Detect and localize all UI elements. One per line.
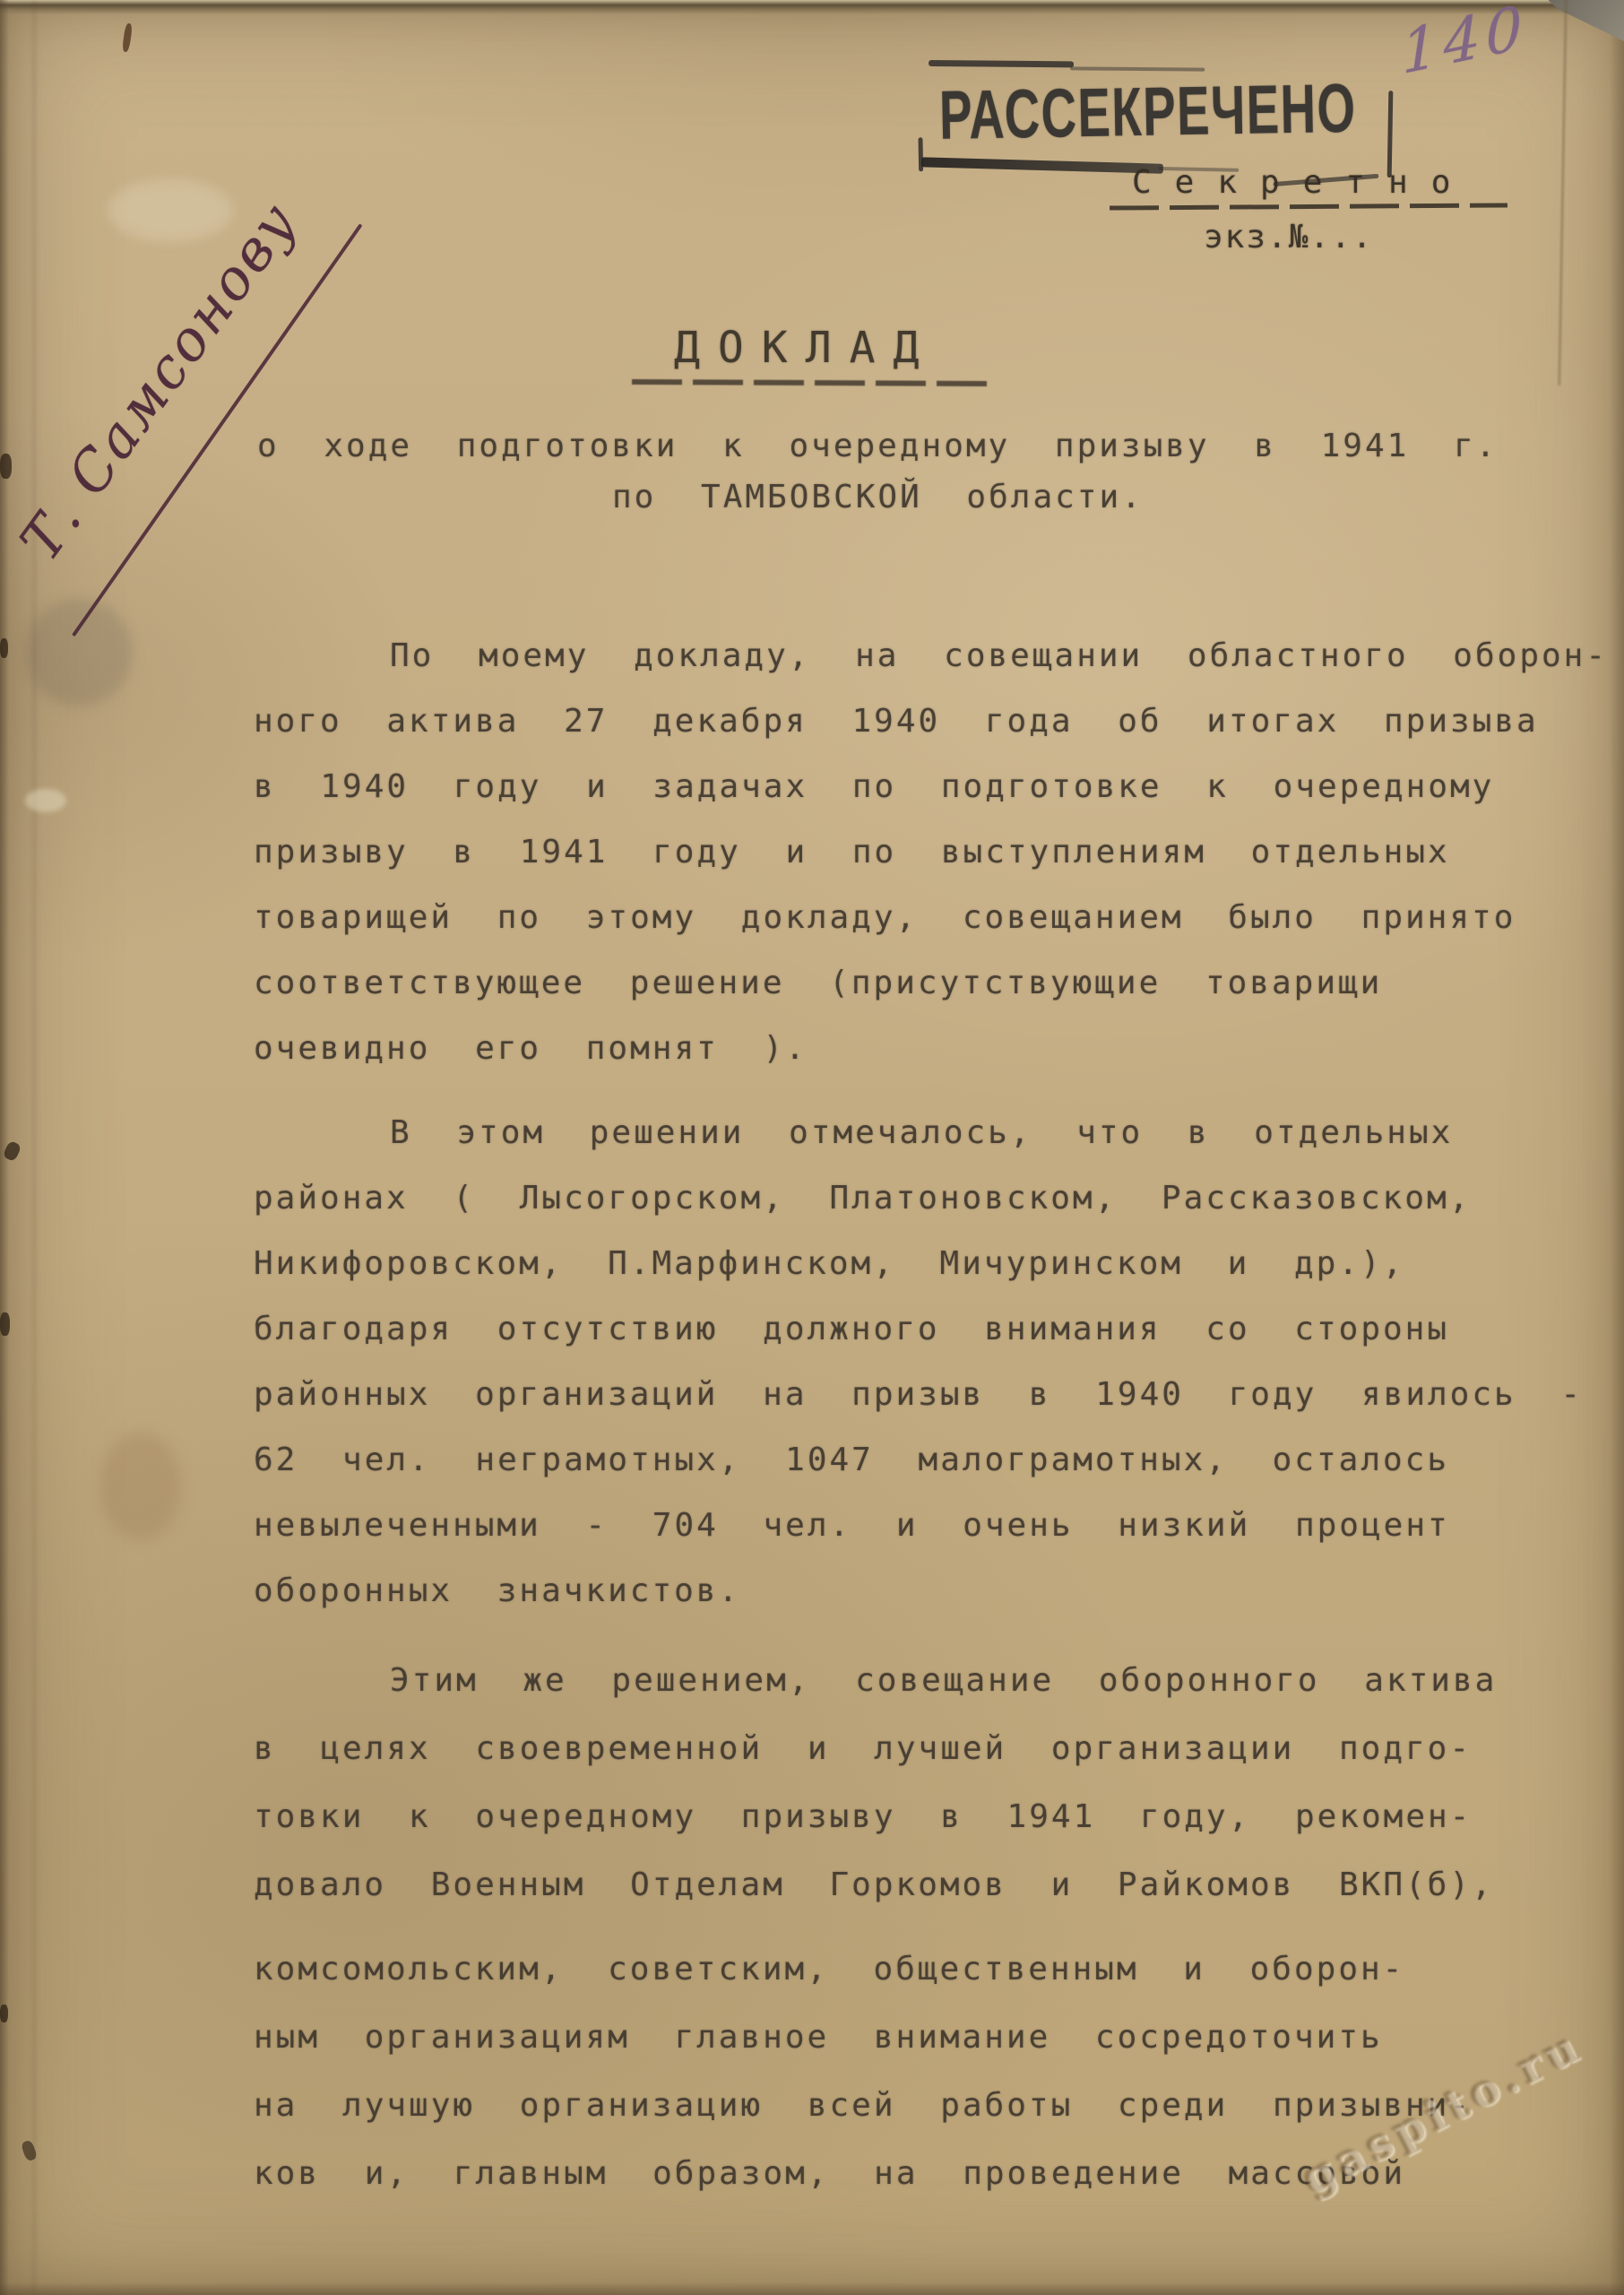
paper-crease-left [32,0,36,2295]
paper-speck [0,2005,8,2022]
text-line: По моему докладу, на совещании областног… [254,623,1608,688]
text-line: ным организациям главное внимание сосред… [254,2004,1497,2072]
paper-scuff [25,789,66,812]
scan-edge-top [0,0,1624,14]
classification-label: Секретно [1132,164,1473,201]
text-line: призыву в 1941 году и по выступлениям от… [254,819,1608,885]
paper-speck [0,638,8,658]
paper-stain [25,599,133,706]
text-line: товарищей по этому докладу, совещанием б… [254,885,1608,950]
scanned-document-page: 140 РАССЕКРЕЧЕНО Секретно экз.№... Т. Са… [0,0,1624,2295]
paper-scuff [108,179,233,242]
body-paragraph-1: По моему докладу, на совещании областног… [254,623,1608,1081]
text-line: довало Военным Отделам Горкомов и Райком… [254,1851,1497,1919]
text-line: районах ( Лысогорском, Платоновском, Рас… [254,1165,1583,1231]
stamp-border-top [929,60,1074,67]
text-line: Этим же решением, совещание оборонного а… [254,1647,1497,1715]
text-line: В этом решении отмечалось, что в отдельн… [254,1100,1583,1165]
body-paragraph-3: Этим же решением, совещание оборонного а… [254,1647,1497,2208]
paper-crease-right [1558,0,1568,385]
paper-speck [0,454,12,479]
text-line: оборонных значкистов. [254,1558,1583,1624]
body-paragraph-2: В этом решении отмечалось, что в отдельн… [254,1100,1583,1624]
text-line: соответствующее решение (присутствующие … [254,950,1608,1016]
stamp-border-top-tail [1070,66,1205,71]
scan-corner-fold [1543,0,1624,41]
paper-speck [122,23,133,53]
text-line: в 1940 году и задачах по подготовке к оч… [254,754,1608,819]
report-title-underline [632,379,987,386]
report-title: ДОКЛАД [674,323,937,373]
text-line: на лучшую организацию всей работы среди … [254,2072,1497,2140]
report-subtitle-line-1: о ходе подготовки к очередному призыву в… [257,428,1498,464]
text-line: невылеченными - 704 чел. и очень низкий … [254,1493,1583,1558]
text-line: ного актива 27 декабря 1940 года об итог… [254,688,1608,754]
text-line: очевидно его помнят ). [254,1016,1608,1081]
copy-number-label: экз.№... [1204,219,1373,255]
text-line: Никифоровском, П.Марфинском, Мичуринском… [254,1231,1583,1296]
report-subtitle-line-2: по ТАМБОВСКОЙ области. [612,479,1144,515]
text-line: комсомольским, советским, общественным и… [254,1936,1497,2004]
handwritten-addressee-note: Т. Самсонову [4,186,315,576]
scan-edge-right [1610,0,1624,2295]
text-line: в целях своевременной и лучшей организац… [254,1715,1497,1783]
text-line: 62 чел. неграмотных, 1047 малограмотных,… [254,1427,1583,1493]
paper-stain [100,1433,181,1540]
stamp-border-bottom [921,157,1163,174]
scan-edge-bottom [0,2282,1624,2295]
text-line: районных организаций на призыв в 1940 го… [254,1362,1583,1427]
text-line: товки к очередному призыву в 1941 году, … [254,1783,1497,1851]
paper-speck [0,1312,10,1336]
text-line: благодаря отсутствию должного внимания с… [254,1296,1583,1362]
declassified-stamp: РАССЕКРЕЧЕНО [912,45,1472,279]
declassified-stamp-text: РАССЕКРЕЧЕНО [938,74,1357,151]
